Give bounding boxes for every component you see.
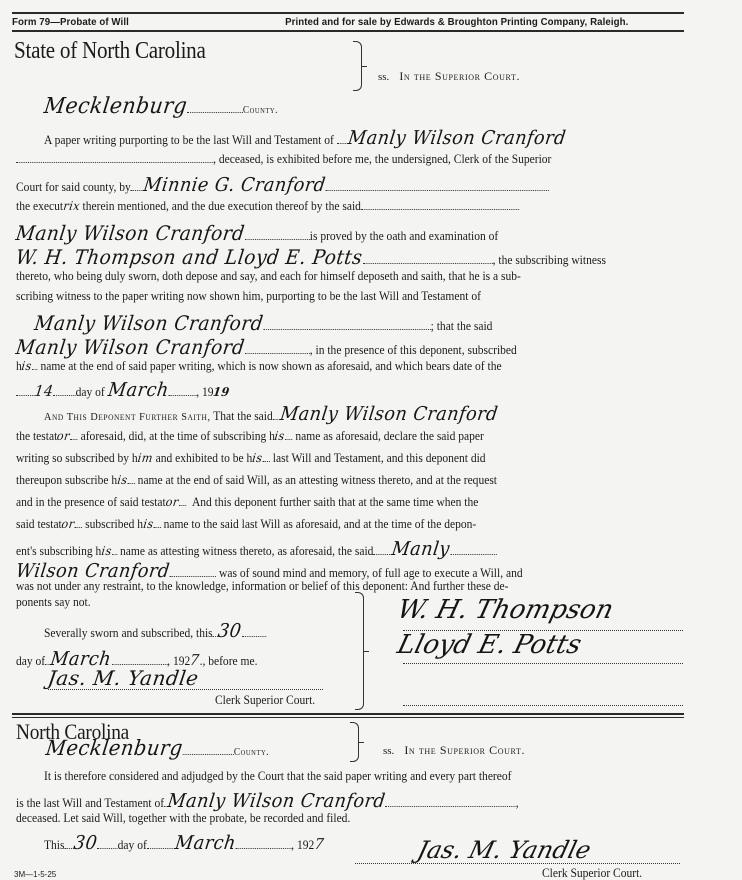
text: Severally sworn and subscribed, this	[44, 626, 213, 640]
dotted-leader	[183, 753, 234, 755]
dotted-leader	[245, 352, 310, 354]
text: , 192	[291, 838, 314, 852]
dotted-leader	[242, 635, 266, 637]
order-line-3: deceased. Let said Will, together with t…	[16, 812, 350, 824]
order-county-label: County.	[234, 747, 269, 758]
pronoun-fill: im	[137, 452, 154, 464]
county-label: County.	[243, 105, 278, 116]
jurat-line-1: Severally sworn and subscribed, this30	[44, 622, 266, 641]
dotted-leader	[450, 553, 497, 555]
court-name: In the Superior Court.	[399, 69, 520, 83]
body-line-8: scribing witness to the paper writing no…	[16, 290, 481, 302]
witness-signature-2: Lloyd E. Potts	[394, 630, 584, 660]
header-rule-top	[12, 12, 684, 14]
court-caption: ss.In the Superior Court.	[378, 67, 520, 85]
will-day: 14	[34, 384, 55, 399]
order-testator-name: Manly Wilson Cranford	[167, 792, 387, 811]
dotted-leader	[75, 526, 82, 528]
executrix-suffix: rix	[62, 200, 80, 212]
body-line-13: And This Deponent Further Saith, That th…	[44, 405, 498, 424]
text: aforesaid, did, at the time of subscribi…	[81, 429, 275, 443]
dotted-leader	[245, 238, 310, 240]
text: the execut	[16, 199, 63, 213]
text: This	[44, 838, 64, 852]
text: said testat	[16, 517, 62, 531]
dotted-leader	[362, 262, 492, 264]
order-line-2: is the last Will and Testament ofManly W…	[16, 792, 519, 811]
dotted-leader	[187, 111, 243, 113]
witness-signature-1: W. H. Thompson	[394, 595, 616, 625]
pronoun-fill: is	[274, 430, 286, 442]
testator-name: Manly Wilson Cranford	[33, 313, 264, 333]
state-title: State of North Carolina	[14, 38, 206, 65]
dotted-leader	[147, 847, 175, 849]
body-line-21: was not under any restraint, to the know…	[16, 580, 508, 592]
dotted-leader	[53, 394, 75, 396]
order-clerk-title: Clerk Superior Court.	[542, 867, 642, 879]
order-court-caption: ss.In the Superior Court.	[383, 741, 525, 759]
testator-suffix: or	[56, 430, 71, 442]
clerk-signature-dotted	[48, 688, 323, 690]
dotted-leader	[170, 575, 217, 577]
dotted-leader	[337, 142, 348, 144]
dotted-leader	[361, 208, 519, 210]
text: name at the end of said paper writing, w…	[40, 359, 501, 373]
text: last Will and Testament, and this depone…	[273, 451, 486, 465]
text: , 19	[196, 385, 213, 399]
text: ., before me.	[200, 654, 258, 668]
section-divider-top	[12, 713, 684, 715]
body-line-16: thereupon subscribe his name at the end …	[16, 474, 497, 486]
text: name to the said last Will as aforesaid,…	[164, 517, 477, 531]
text: And this deponent further saith that at …	[192, 495, 478, 509]
clerk-signature: Jas. M. Yandle	[46, 666, 200, 690]
order-month: March	[173, 834, 236, 853]
dotted-leader	[262, 460, 269, 462]
order-county-line: MecklenburgCounty.	[46, 738, 269, 759]
caption-brace	[353, 41, 362, 91]
body-line-4: the executrix therein mentioned, and the…	[16, 200, 519, 212]
text: was of sound mind and memory, of full ag…	[219, 566, 523, 580]
pronoun-fill: is	[142, 518, 154, 530]
form-label: Form 79—Probate of Will	[12, 16, 129, 28]
body-line-7: thereto, who being duly sworn, doth depo…	[16, 270, 521, 282]
body-line-19: ent's subscribing his name as attesting …	[16, 540, 497, 559]
text: day of	[76, 385, 105, 399]
text: , the subscribing witness	[493, 253, 606, 267]
dotted-leader	[235, 847, 291, 849]
dotted-leader	[285, 438, 292, 440]
text: ent's subscribing h	[16, 544, 101, 558]
pronoun-fill: is	[251, 452, 263, 464]
jurat-clerk-title: Clerk Superior Court.	[215, 694, 315, 706]
order-line-4: This30day ofMarch, 1927	[44, 834, 324, 853]
witness-line-2	[403, 662, 683, 664]
testator-suffix: or	[61, 518, 76, 530]
text: the testat	[16, 429, 57, 443]
text: is proved by the oath and examination of	[310, 229, 498, 243]
text: name as aforesaid, declare the said pape…	[295, 429, 483, 443]
text: Court for said county, by	[16, 180, 131, 194]
body-line-17: and in the presence of said testator And…	[16, 496, 478, 508]
dotted-leader	[153, 526, 160, 528]
testator-name: Manly Wilson Cranford	[15, 337, 246, 357]
dotted-leader	[16, 394, 35, 396]
jurat-clerk-signature-line: Jas. M. Yandle	[48, 666, 199, 690]
body-line-14: the testator aforesaid, did, at the time…	[16, 430, 484, 442]
exhibitor-name: Minnie G. Cranford	[143, 176, 328, 195]
dotted-leader	[386, 805, 516, 807]
text: thereupon subscribe h	[16, 473, 117, 487]
dotted-leader	[168, 394, 196, 396]
order-clerk-signature: Jas. M. Yandle	[415, 836, 594, 864]
county-handwritten: Mecklenburg	[43, 96, 189, 118]
body-line-2: , deceased, is exhibited before me, the …	[16, 153, 551, 165]
text: And This Deponent Further Saith,	[44, 411, 211, 423]
testator-name: Manly Wilson Cranford	[15, 223, 246, 243]
text: name as attesting witness thereto, as af…	[120, 544, 373, 558]
print-code: 3M—1-5-25	[14, 870, 56, 879]
will-month: March	[106, 381, 169, 400]
testator-suffix: or	[165, 496, 180, 508]
dotted-leader	[111, 663, 167, 665]
jurat-day: 30	[217, 622, 243, 641]
text: day of	[16, 654, 45, 668]
body-line-9: Manly Wilson Cranford; that the said	[16, 313, 492, 333]
text: ; that the said	[431, 319, 493, 333]
text: is the last Will and Testament of	[16, 796, 164, 810]
text: , in the presence of this deponent, subs…	[310, 343, 517, 357]
text: and in the presence of said testat	[16, 495, 166, 509]
jurat-brace	[355, 592, 364, 710]
body-line-3: Court for said county, byMinnie G. Cranf…	[16, 176, 549, 195]
pronoun-fill: is	[116, 474, 128, 486]
body-line-22: ponents say not.	[16, 596, 91, 608]
order-year-digit: 7	[313, 837, 324, 852]
order-line-1: It is therefore considered and adjudged …	[44, 770, 511, 782]
body-line-15: writing so subscribed by him and exhibit…	[16, 452, 486, 464]
dotted-leader	[326, 189, 549, 191]
text: name at the end of said Will, as an atte…	[138, 473, 497, 487]
section-divider-bottom	[12, 717, 684, 718]
printer-credit: Printed and for sale by Edwards & Brough…	[285, 16, 628, 28]
dotted-leader	[127, 482, 134, 484]
dotted-leader	[70, 438, 77, 440]
pronoun-fill: is	[101, 545, 113, 557]
order-clerk-line	[355, 862, 680, 864]
order-day: 30	[73, 834, 99, 853]
body-line-5: Manly Wilson Cranfordis proved by the oa…	[16, 223, 498, 243]
probate-of-will-form: Form 79—Probate of Will Printed and for …	[0, 0, 742, 880]
witnesses-names: W. H. Thompson and Lloyd E. Potts	[15, 247, 364, 267]
order-brace	[350, 722, 359, 762]
dotted-leader	[179, 504, 186, 506]
form-header: Form 79—Probate of Will Printed and for …	[12, 16, 684, 28]
dotted-leader	[16, 161, 213, 163]
will-year-digit: 19	[213, 386, 231, 398]
header-rule-bottom	[12, 30, 684, 32]
dotted-leader	[263, 328, 430, 330]
order-county-handwritten: Mecklenburg	[45, 738, 184, 759]
dotted-leader	[373, 553, 392, 555]
text: therein mentioned, and the due execution…	[83, 199, 361, 213]
testator-name: Manly	[391, 540, 451, 559]
pronoun-fill: is	[21, 360, 33, 372]
dotted-leader	[32, 368, 38, 370]
text: , deceased, is exhibited before me, the …	[213, 152, 551, 166]
dotted-leader	[112, 553, 118, 555]
text: day of	[118, 838, 147, 852]
ss-label: ss.	[378, 71, 389, 83]
body-line-18: said testator subscribed his name to the…	[16, 518, 476, 530]
body-line-10: Manly Wilson Cranford, in the presence o…	[16, 337, 517, 357]
ss-label: ss.	[383, 745, 394, 757]
dotted-leader	[97, 847, 117, 849]
testator-name: Manly Wilson Cranford	[279, 405, 499, 424]
testator-name: Manly Wilson Cranford	[347, 129, 567, 148]
text: That the said	[213, 409, 273, 423]
body-line-1: A paper writing purporting to be the las…	[44, 129, 566, 148]
text: and exhibited to be h	[156, 451, 253, 465]
body-line-11: his name at the end of said paper writin…	[16, 360, 502, 372]
text: A paper writing purporting to be the las…	[44, 133, 334, 147]
witness-line-3	[403, 704, 683, 706]
text: subscribed h	[85, 517, 143, 531]
order-court-name: In the Superior Court.	[404, 743, 525, 757]
county-line: MecklenburgCounty.	[44, 96, 278, 118]
text: writing so subscribed by h	[16, 451, 138, 465]
body-line-12: 14day of March, 1919	[16, 381, 230, 400]
body-line-6: W. H. Thompson and Lloyd E. Potts, the s…	[16, 247, 606, 267]
